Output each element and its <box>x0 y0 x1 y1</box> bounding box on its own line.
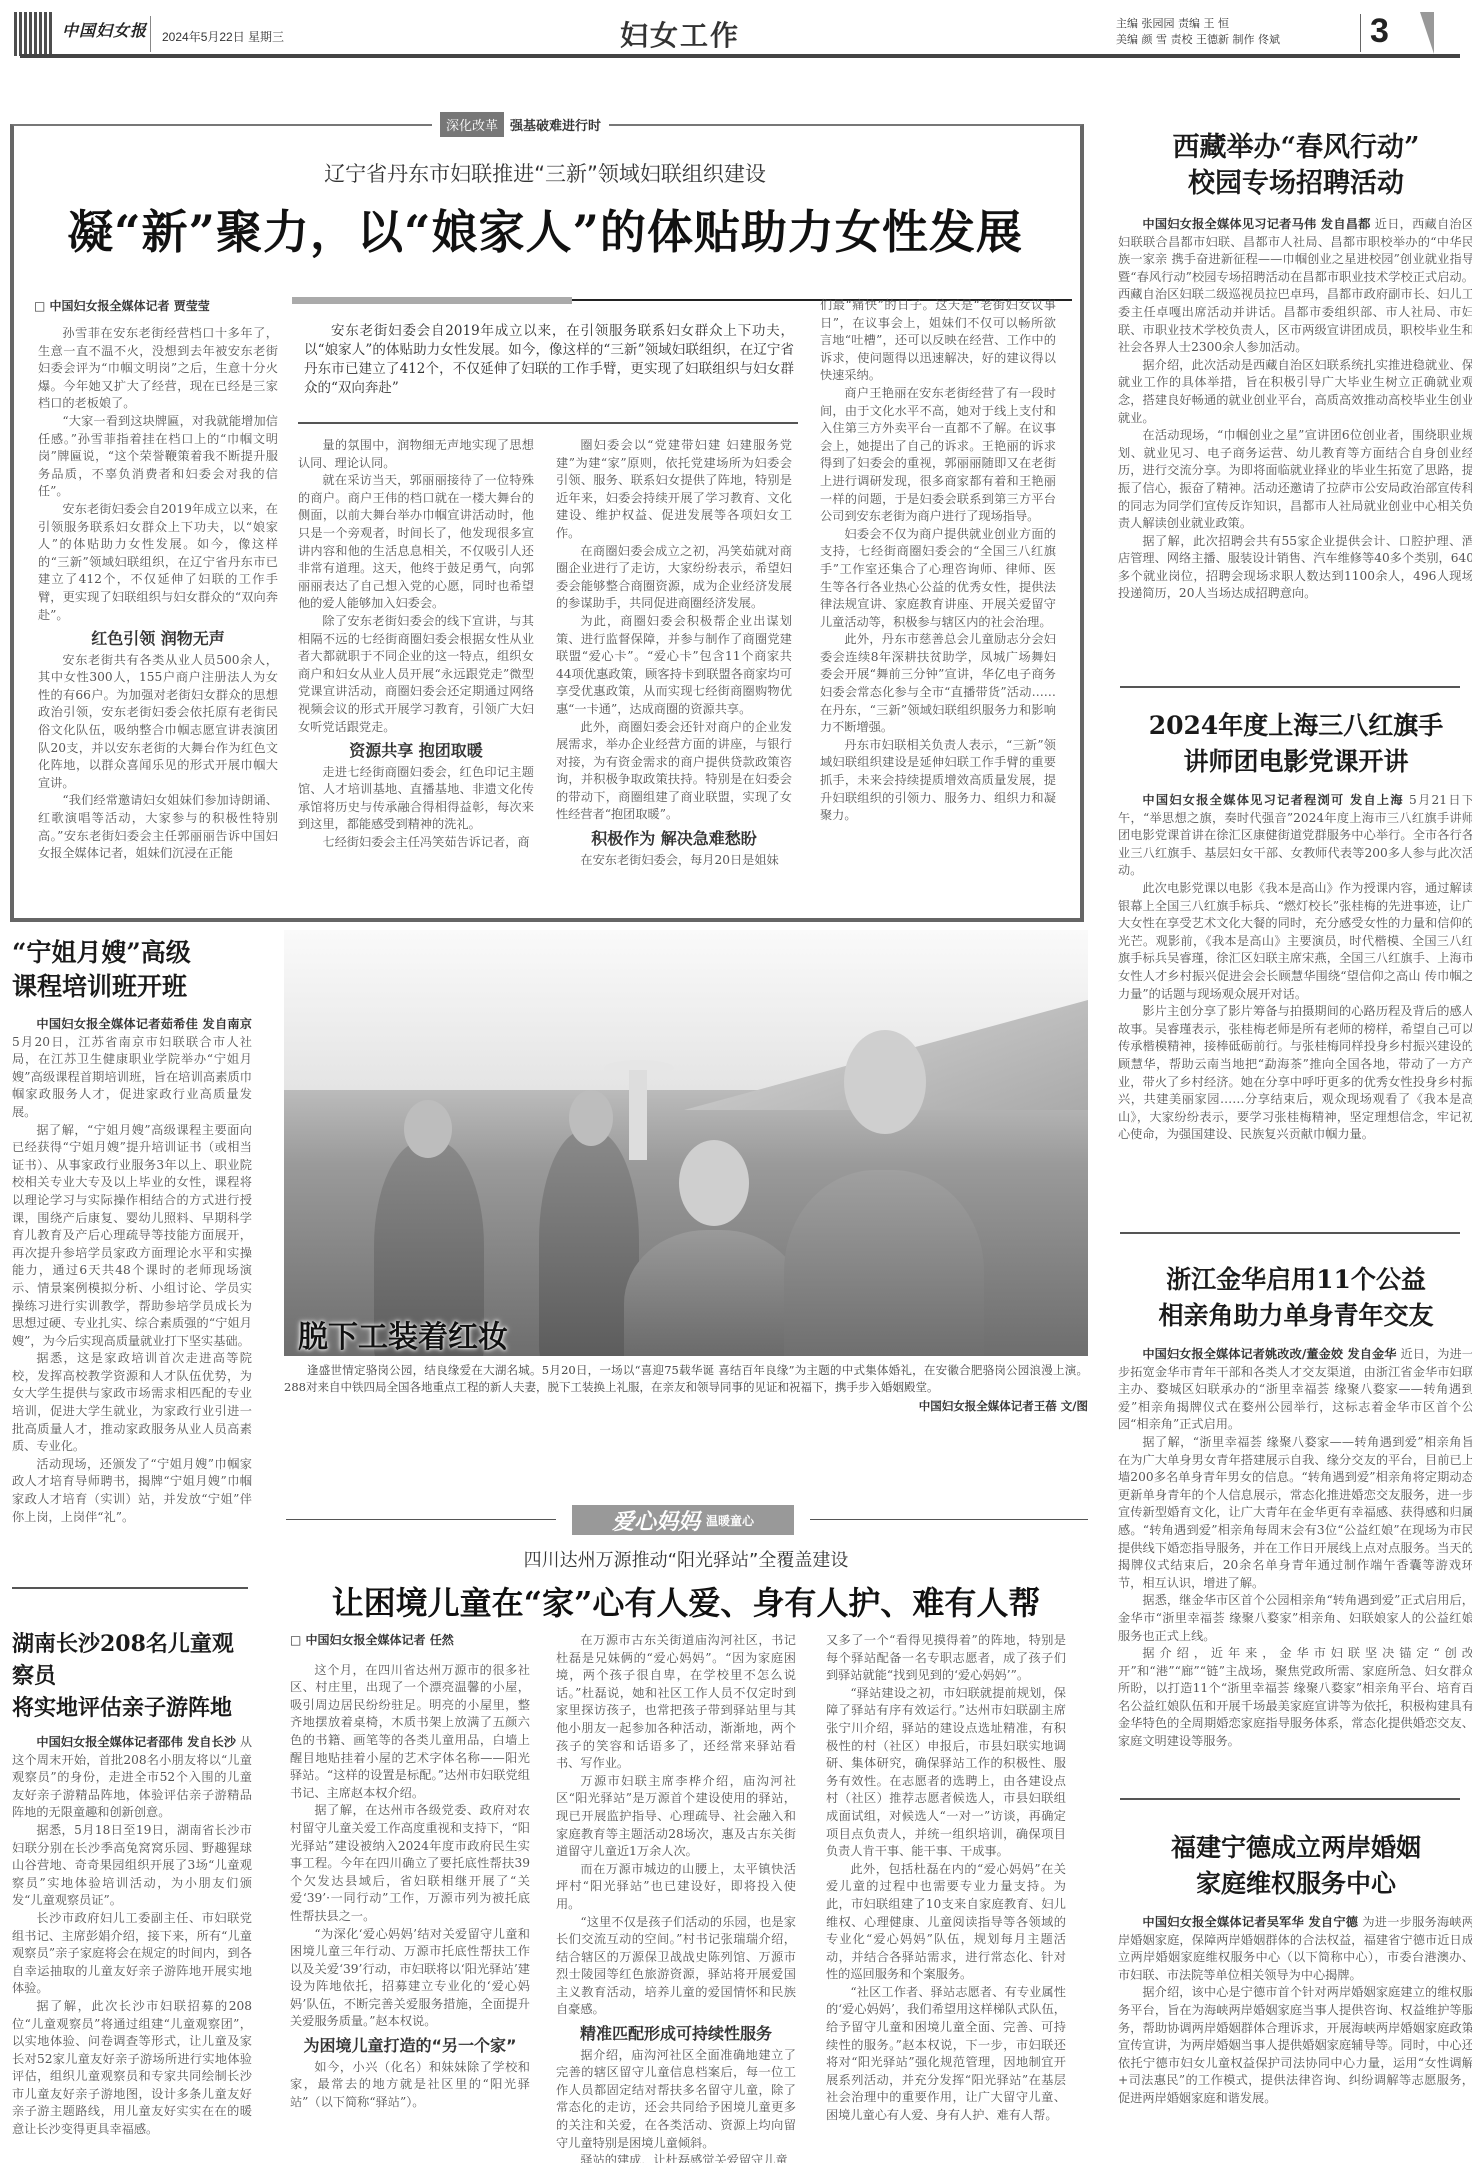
lead-column-3: 圈妇委会以“党建带妇建 妇建服务党建”为建“家”原则，依托党建场所为妇委会引领、… <box>556 437 792 869</box>
paragraph: “这里不仅是孩子们活动的乐园，也是家长们交流互动的空间。”村书记张瑞瑞介绍，结合… <box>556 1914 796 2020</box>
paragraph: 据悉，继金华市区首个公园相亲角“转角遇到爱”正式启用后，金华市“浙里幸福荟 缘聚… <box>1118 1592 1472 1645</box>
credit-line: 美编 颜 雪 责校 王德新 制作 佟斌 <box>1116 32 1280 48</box>
paragraph: 据悉，5月18日至19日，湖南省长沙市妇联分别在长沙季高兔窝窝乐园、野趣猩球山谷… <box>12 1822 252 1910</box>
paragraph: 长沙市政府妇儿工委副主任、市妇联党组书记、主席彭娟介绍，接下来，所有“儿童观察员… <box>12 1910 252 1998</box>
paragraph: 七经街妇委会主任冯笑茹告诉记者，商 <box>298 834 534 852</box>
child-story-headline: 让困境儿童在“家”心有人爱、身有人护、难有人帮 <box>286 1578 1086 1624</box>
paragraph: 妇委会不仅为商户提供就业创业方面的支持，七经街商圈妇委会的“全国三八红旗手”工作… <box>820 526 1056 632</box>
paragraph: 据介绍，庙沟河社区全面准确地建立了完善的辖区留守儿童信息档案后，每一位工作人员都… <box>556 2047 796 2153</box>
article-divider <box>1120 686 1460 688</box>
paragraph: 除了安东老街妇委会的线下宣讲，与其相隔不远的七经街商圈妇委会根据女性从业者大都就… <box>298 613 534 736</box>
wedding-photo <box>284 930 1088 1356</box>
headline-line: 西藏举办“春风行动” <box>1118 130 1472 166</box>
child-byline: □ 中国妇女报全媒体记者 任然 <box>290 1632 530 1650</box>
qr-code <box>14 12 54 56</box>
paragraph: 据了解，“浙里幸福荟 缘聚八婺家——转角遇到爱”相亲角旨在为广大单身男女青年搭建… <box>1118 1434 1472 1592</box>
article-ningde: 福建宁德成立两岸婚姻 家庭维权服务中心 中国妇女报全媒体记者吴军华 发自宁德 为… <box>1118 1830 1472 2108</box>
paragraph: 据悉，这是家政培训首次走进高等院校，发挥高校教学资源和人才队伍优势，为女大学生提… <box>12 1350 252 1456</box>
paragraph: 商户王艳丽在安东老街经营了有一段时间，由于文化水平不高，她对于线上支付和入住第三… <box>820 385 1056 526</box>
paragraph: 据介绍，近年来，金华市妇联坚决锚定“创改开”和“港”“廊”“链”主战场，聚焦党政… <box>1118 1645 1472 1751</box>
paragraph: 为此，商圈妇委会积极帮企业出谋划策、进行监督保障，并参与制作了商圈党建联盟“爱心… <box>556 613 792 719</box>
child-column-1: □ 中国妇女报全媒体记者 任然 这个月，在四川省达州万源市的很多社区、村庄里，出… <box>290 1632 530 2111</box>
banner-title: 爱心妈妈 <box>612 1505 700 1536</box>
article-changsha: 湖南长沙208名儿童观察员 将实地评估亲子游阵地 中国妇女报全媒体记者邵伟 发自… <box>12 1628 252 2139</box>
paragraph: 此次电影党课以电影《我本是高山》作为授课内容，通过解读银幕上全国三八红旗手标兵、… <box>1118 880 1472 1003</box>
kicker-tag: 深化改革 <box>440 112 504 137</box>
banner-subtitle: 温暖童心 <box>706 1512 754 1529</box>
child-story-subtitle: 四川达州万源推动“阳光驿站”全覆盖建设 <box>286 1546 1086 1572</box>
article-headline: 2024年度上海三八红旗手 讲师团电影党课开讲 <box>1118 708 1472 780</box>
article-divider <box>1120 1232 1460 1234</box>
photo-title: 脱下工装着红妆 <box>298 1312 508 1356</box>
article-dateline: 中国妇女报全媒体记者姚改改/董金姣 发自金华 <box>1142 1347 1396 1361</box>
lead-subhead: 红色引领 润物无声 <box>38 630 278 648</box>
paragraph: 在安东老街妇委会，每月20日是姐妹 <box>556 852 792 870</box>
headline-line: 校园专场招聘活动 <box>1118 166 1472 202</box>
issue-date: 2024年5月22日 星期三 <box>162 28 284 45</box>
lead-headline: 凝“新”聚力，以“娘家人”的体贴助力女性发展 <box>20 196 1070 262</box>
kicker-text: 强基破难进行时 <box>510 115 601 134</box>
article-headline: 福建宁德成立两岸婚姻 家庭维权服务中心 <box>1118 1830 1472 1902</box>
banner-line-right <box>810 1519 1088 1520</box>
article-headline: “宁姐月嫂”高级 课程培训班开班 <box>12 936 252 1004</box>
newspaper-logo: 中国妇女报 <box>62 18 147 41</box>
paragraph: 据介绍，此次活动是西藏自治区妇联系统扎实推进稳就业、保就业工作的具体举措，旨在积… <box>1118 357 1472 427</box>
paragraph: 在商圈妇委会成立之初，冯笑茹就对商圈企业进行了走访，大家纷纷表示，希望妇委会能够… <box>556 543 792 613</box>
article-jinhua: 浙江金华启用11个公益 相亲角助力单身青年交友 中国妇女报全媒体记者姚改改/董金… <box>1118 1262 1472 1751</box>
article-dateline: 中国妇女报全媒体记者茹希佳 发自南京 <box>36 1017 252 1031</box>
paragraph: 影片主创分享了影片筹备与拍摄期间的心路历程及背后的感人故事。吴睿瑾表示，张桂梅老… <box>1118 1003 1472 1144</box>
callout-rule <box>298 422 798 424</box>
credit-line: 主编 张园园 责编 王 恒 <box>1116 16 1280 32</box>
paragraph: 而在万源市城边的山腰上，太平镇快活坪村“阳光驿站”也已建设好，即将投入使用。 <box>556 1861 796 1914</box>
photo-caption: 逢盛世情定骆岗公园，结良缘爱在大湖名城。5月20日，一场以“喜迎75载华诞 喜结… <box>284 1362 1088 1396</box>
paragraph: 又多了一个“看得见摸得着”的阵地，特别是每个驿站配备一名专职志愿者，成了孩子们到… <box>826 1632 1066 1685</box>
article-body: 中国妇女报全媒体见习记者马伟 发自昌都 近日，西藏自治区妇联联合昌都市妇联、昌都… <box>1118 216 1472 603</box>
paragraph: 据了解，此次招聘会共有55家企业提供会计、口腔护理、酒店管理、网络主播、服装设计… <box>1118 533 1472 603</box>
child-column-3: 又多了一个“看得见摸得着”的阵地，特别是每个驿站配备一名专职志愿者，成了孩子们到… <box>826 1632 1066 2125</box>
article-headline: 湖南长沙208名儿童观察员 将实地评估亲子游阵地 <box>12 1628 252 1724</box>
paragraph: 万源市妇联主席李桦介绍，庙沟河社区“阳光驿站”是万源首个建设使用的驿站，现已开展… <box>556 1773 796 1861</box>
headline-line: 2024年度上海三八红旗手 <box>1118 708 1472 744</box>
article-body: 中国妇女报全媒体记者茹希佳 发自南京 5月20日，江苏省南京市妇联联合市人社局，… <box>12 1016 252 1526</box>
headline-line: 课程培训班开班 <box>12 970 252 1004</box>
header-divider <box>150 16 151 52</box>
header-rule <box>20 54 1460 58</box>
paragraph: 量的氛围中，润物细无声地实现了思想认同、理论认同。 <box>298 437 534 472</box>
headline-line: 讲师团电影党课开讲 <box>1118 744 1472 780</box>
article-headline: 西藏举办“春风行动” 校园专场招聘活动 <box>1118 130 1472 202</box>
paragraph: 在活动现场，“巾帼创业之星”宣讲团6位创业者，围绕职业规划、就业见习、电子商务运… <box>1118 427 1472 533</box>
paragraph: “驿站建设之初，市妇联就提前规划，保障了驿站有序有效运行。”达州市妇联副主席张宁… <box>826 1685 1066 1861</box>
paragraph: 据介绍，该中心是宁德市首个针对两岸婚姻家庭建立的维权服务平台，旨在为海峡两岸婚姻… <box>1118 1984 1472 2107</box>
article-dateline: 中国妇女报全媒体见习记者程浏可 发自上海 <box>1142 793 1403 807</box>
paragraph: 5月20日，江苏省南京市妇联联合市人社局，在江苏卫生健康职业学院举办“宁姐月嫂”… <box>12 1035 252 1119</box>
article-dateline: 中国妇女报全媒体记者邵伟 发自长沙 <box>36 1735 236 1749</box>
paragraph: “为深化‘爱心妈妈’结对关爱留守儿童和困境儿童三年行动、万源市托底性帮扶工作以及… <box>290 1926 530 2032</box>
paragraph: 丹东市妇联相关负责人表示，“三新”领域妇联组织建设是延伸妇联工作手臂的重要抓手，… <box>820 737 1056 825</box>
paragraph: 如今，小兴（化名）和妹妹除了学校和家，最常去的地方就是社区里的“阳光驿站”（以下… <box>290 2059 530 2112</box>
banner-line-left <box>286 1519 556 1520</box>
page-corner-decoration <box>1406 12 1434 54</box>
paragraph: 这个月，在四川省达州万源市的很多社区、村庄里，出现了一个漂亮温馨的小屋，吸引周边… <box>290 1662 530 1803</box>
paragraph: 安东老街共有各类从业人员500余人，其中女性300人，155户商户注册法人为女性… <box>38 652 278 793</box>
lead-callout: 安东老街妇委会自2019年成立以来，在引领服务联系妇女群众上下功夫，以“娘家人”… <box>304 322 794 398</box>
paragraph: 近日，西藏自治区妇联联合昌都市妇联、昌都市人社局、昌都市职校举办的“中华民族一家… <box>1118 217 1472 354</box>
paragraph: 驿站的建成，让杜磊感觉关爱留守儿童 <box>556 2152 796 2163</box>
paragraph: 据了解，在达州市各级党委、政府对农村留守儿童关爱工作高度重视和支持下，“阳光驿站… <box>290 1802 530 1925</box>
headline-line: “宁姐月嫂”高级 <box>12 936 252 970</box>
lead-column-1: 孙雪菲在安东老街经营档口十多年了，生意一直不温不火，没想到去年被安东老街妇委会评… <box>38 325 278 863</box>
paragraph: 此外，丹东市慈善总会儿童励志分会妇委会连续8年深耕扶贫助学，凤城广场舞妇委会开展… <box>820 631 1056 737</box>
paragraph: 据了解，“宁姐月嫂”高级课程主要面向已经获得“宁姐月嫂”提升培训证书（或相当证书… <box>12 1122 252 1351</box>
paragraph: 此外，商圈妇委会还针对商户的企业发展需求，举办企业经营方面的讲座，与银行对接，为… <box>556 719 792 825</box>
article-shanghai: 2024年度上海三八红旗手 讲师团电影党课开讲 中国妇女报全媒体见习记者程浏可 … <box>1118 708 1472 1144</box>
article-dateline: 中国妇女报全媒体记者吴军华 发自宁德 <box>1142 1915 1358 1929</box>
paragraph: “社区工作者、驿站志愿者、有专业属性的‘爱心妈妈’，我们希望用这样梯队式队伍，给… <box>826 1984 1066 2125</box>
article-body: 中国妇女报全媒体记者吴军华 发自宁德 为进一步服务海峡两岸婚姻家庭，保障两岸婚姻… <box>1118 1914 1472 2108</box>
section-title: 妇女工作 <box>620 14 740 54</box>
paragraph: 走进七经街商圈妇委会，红色印记主题馆、人才培训基地、直播基地、非遗文化传承馆将历… <box>298 764 534 834</box>
article-tibet: 西藏举办“春风行动” 校园专场招聘活动 中国妇女报全媒体见习记者马伟 发自昌都 … <box>1118 130 1472 603</box>
article-dateline: 中国妇女报全媒体见习记者马伟 发自昌都 <box>1142 217 1370 231</box>
article-divider <box>1120 1798 1460 1800</box>
paragraph: 活动现场，还颁发了“宁姐月嫂”巾帼家政人才培育导师聘书，揭牌“宁姐月嫂”巾帼家政… <box>12 1456 252 1526</box>
paragraph: “大家一看到这块牌匾，对我就能增加信任感。”孙雪菲指着挂在档口上的“巾帼文明岗”… <box>38 413 278 501</box>
paragraph: 此外，包括杜磊在内的“爱心妈妈”在关爱儿童的过程中也需要专业力量支持。为此，市妇… <box>826 1861 1066 1984</box>
child-subhead: 精准匹配形成可持续性服务 <box>556 2025 796 2043</box>
page-number: 3 <box>1370 12 1389 51</box>
paragraph: 孙雪菲在安东老街经营档口十多年了，生意一直不温不火，没想到去年被安东老街妇委会评… <box>38 325 278 413</box>
lead-column-4: 们最“痛快”的日子。这天是“老街妇女议事日”，在议事会上，姐妹们不仅可以畅所欲言… <box>820 297 1056 825</box>
lead-subhead: 资源共享 抱团取暖 <box>298 742 534 760</box>
child-subhead: 为困境儿童打造的“另一个家” <box>290 2037 530 2055</box>
paragraph: 在万源市古东关街道庙沟河社区，书记杜磊是兄妹俩的“爱心妈妈”。“因为家庭困境，两… <box>556 1632 796 1773</box>
lead-subhead: 积极作为 解决急难愁盼 <box>556 830 792 848</box>
headline-line: 相亲角助力单身青年交友 <box>1118 1298 1472 1334</box>
paragraph: 圈妇委会以“党建带妇建 妇建服务党建”为建“家”原则，依托党建场所为妇委会引领、… <box>556 437 792 543</box>
lead-column-2: 量的氛围中，润物细无声地实现了思想认同、理论认同。 就在采访当天，郭丽丽接待了一… <box>298 437 534 852</box>
article-divider <box>12 1587 248 1589</box>
headline-line: 湖南长沙208名儿童观察员 <box>12 1628 252 1692</box>
article-body: 中国妇女报全媒体见习记者程浏可 发自上海 5月21日下午，“举思想之旗，奏时代强… <box>1118 792 1472 1144</box>
column-kicker: 深化改革 强基破难进行时 <box>432 111 609 137</box>
page-number-divider <box>1360 14 1361 52</box>
headline-line: 浙江金华启用11个公益 <box>1118 1262 1472 1298</box>
headline-line: 福建宁德成立两岸婚姻 <box>1118 1830 1472 1866</box>
paragraph: 安东老街妇委会自2019年成立以来，在引领服务联系妇女群众上下功夫，以“娘家人”… <box>38 501 278 624</box>
paragraph: 就在采访当天，郭丽丽接待了一位特殊的商户。商户王伟的档口就在一楼大舞台的侧面，以… <box>298 472 534 613</box>
paragraph: 们最“痛快”的日子。这天是“老街妇女议事日”，在议事会上，姐妹们不仅可以畅所欲言… <box>820 297 1056 385</box>
child-column-2: 在万源市古东关街道庙沟河社区，书记杜磊是兄妹俩的“爱心妈妈”。“因为家庭困境，两… <box>556 1632 796 2163</box>
article-body: 中国妇女报全媒体记者邵伟 发自长沙 从这个周末开始，首批208名小朋友将以“儿童… <box>12 1734 252 2139</box>
paragraph: “我们经常邀请妇女姐妹们参加诗朗诵、红歌演唱等活动，大家参与的积极性特别高。”安… <box>38 792 278 862</box>
headline-line: 将实地评估亲子游阵地 <box>12 1692 252 1724</box>
callout-bar <box>292 297 572 304</box>
headline-line: 家庭维权服务中心 <box>1118 1866 1472 1902</box>
love-mother-banner: 爱心妈妈 温暖童心 <box>572 1505 794 1535</box>
article-body: 中国妇女报全媒体记者姚改改/董金姣 发自金华 近日，为进一步拓宽金华市青年干部和… <box>1118 1346 1472 1751</box>
photo-credit: 中国妇女报全媒体记者王蓓 文/图 <box>700 1398 1088 1414</box>
article-headline: 浙江金华启用11个公益 相亲角助力单身青年交友 <box>1118 1262 1472 1334</box>
lead-subtitle: 辽宁省丹东市妇联推进“三新”领域妇联组织建设 <box>0 158 1090 188</box>
paragraph: 据了解，此次长沙市妇联招募的208位“儿童观察员”将通过组建“儿童观察团”，以实… <box>12 1998 252 2139</box>
editor-credits: 主编 张园园 责编 王 恒 美编 颜 雪 责校 王德新 制作 佟斌 <box>1116 16 1280 48</box>
lead-byline: □ 中国妇女报全媒体记者 贾莹莹 <box>34 297 210 314</box>
article-nanjing: “宁姐月嫂”高级 课程培训班开班 中国妇女报全媒体记者茹希佳 发自南京 5月20… <box>12 936 252 1526</box>
